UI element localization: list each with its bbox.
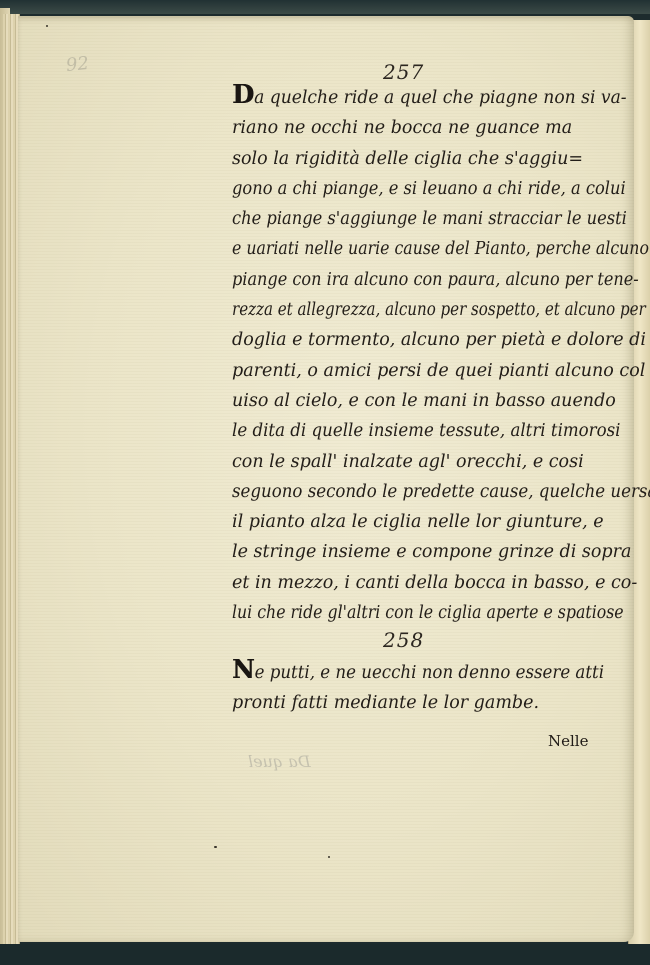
text-line: Ne putti, e ne uecchi non denno essere a… <box>232 655 612 688</box>
text-line: lui che ride gl'altri con le ciglia aper… <box>232 598 592 628</box>
book-bottom-edge <box>0 944 650 965</box>
text-line: doglia e tormento, alcuno per pietà e do… <box>232 325 632 355</box>
text-line: riano ne occhi ne bocca ne guance ma <box>232 113 632 143</box>
ink-speck <box>214 846 217 848</box>
section-number-258: 258 <box>383 628 424 652</box>
drop-cap: N <box>232 655 255 685</box>
text-line: pronti fatti mediante le lor gambe. <box>232 688 632 718</box>
drop-cap: D <box>232 80 254 110</box>
text-line: et in mezzo, i canti della bocca in bass… <box>232 568 632 598</box>
text-line: parenti, o amici persi de quei pianti al… <box>232 356 632 386</box>
text-line: e uariati nelle uarie cause del Pianto, … <box>232 234 592 264</box>
section-257-text: Da quelche ride a quel che piagne non si… <box>232 80 632 628</box>
bleed-through-folio-number: 92 <box>65 53 90 76</box>
text-line: gono a chi piange, e si leuano a chi rid… <box>232 174 604 204</box>
text-line: uiso al cielo, e con le mani in basso au… <box>232 386 632 416</box>
text-line: Da quelche ride a quel che piagne non si… <box>232 80 624 113</box>
text-line: solo la rigidità delle ciglia che s'aggi… <box>232 144 632 174</box>
book-top-edge <box>0 0 650 14</box>
text-line: le stringe insieme e compone grinze di s… <box>232 537 632 567</box>
text-line: seguono secondo le predette cause, quelc… <box>232 477 612 507</box>
text-line: le dita di quelle insieme tessute, altri… <box>232 416 612 446</box>
text-line: piange con ira alcuno con paura, alcuno … <box>232 265 600 295</box>
catchword: Nelle <box>548 732 588 750</box>
text-line: rezza et allegrezza, alcuno per sospetto… <box>232 295 576 325</box>
section-258-text: Ne putti, e ne uecchi non denno essere a… <box>232 655 632 719</box>
text-line: il pianto alza le ciglia nelle lor giunt… <box>232 507 632 537</box>
bleed-through-catchword: Da quel <box>248 752 311 771</box>
ink-speck <box>328 856 330 858</box>
text-line: che piange s'aggiunge le mani stracciar … <box>232 204 604 234</box>
ink-speck <box>46 25 48 27</box>
text-line: con le spall' inalzate agl' orecchi, e c… <box>232 447 632 477</box>
